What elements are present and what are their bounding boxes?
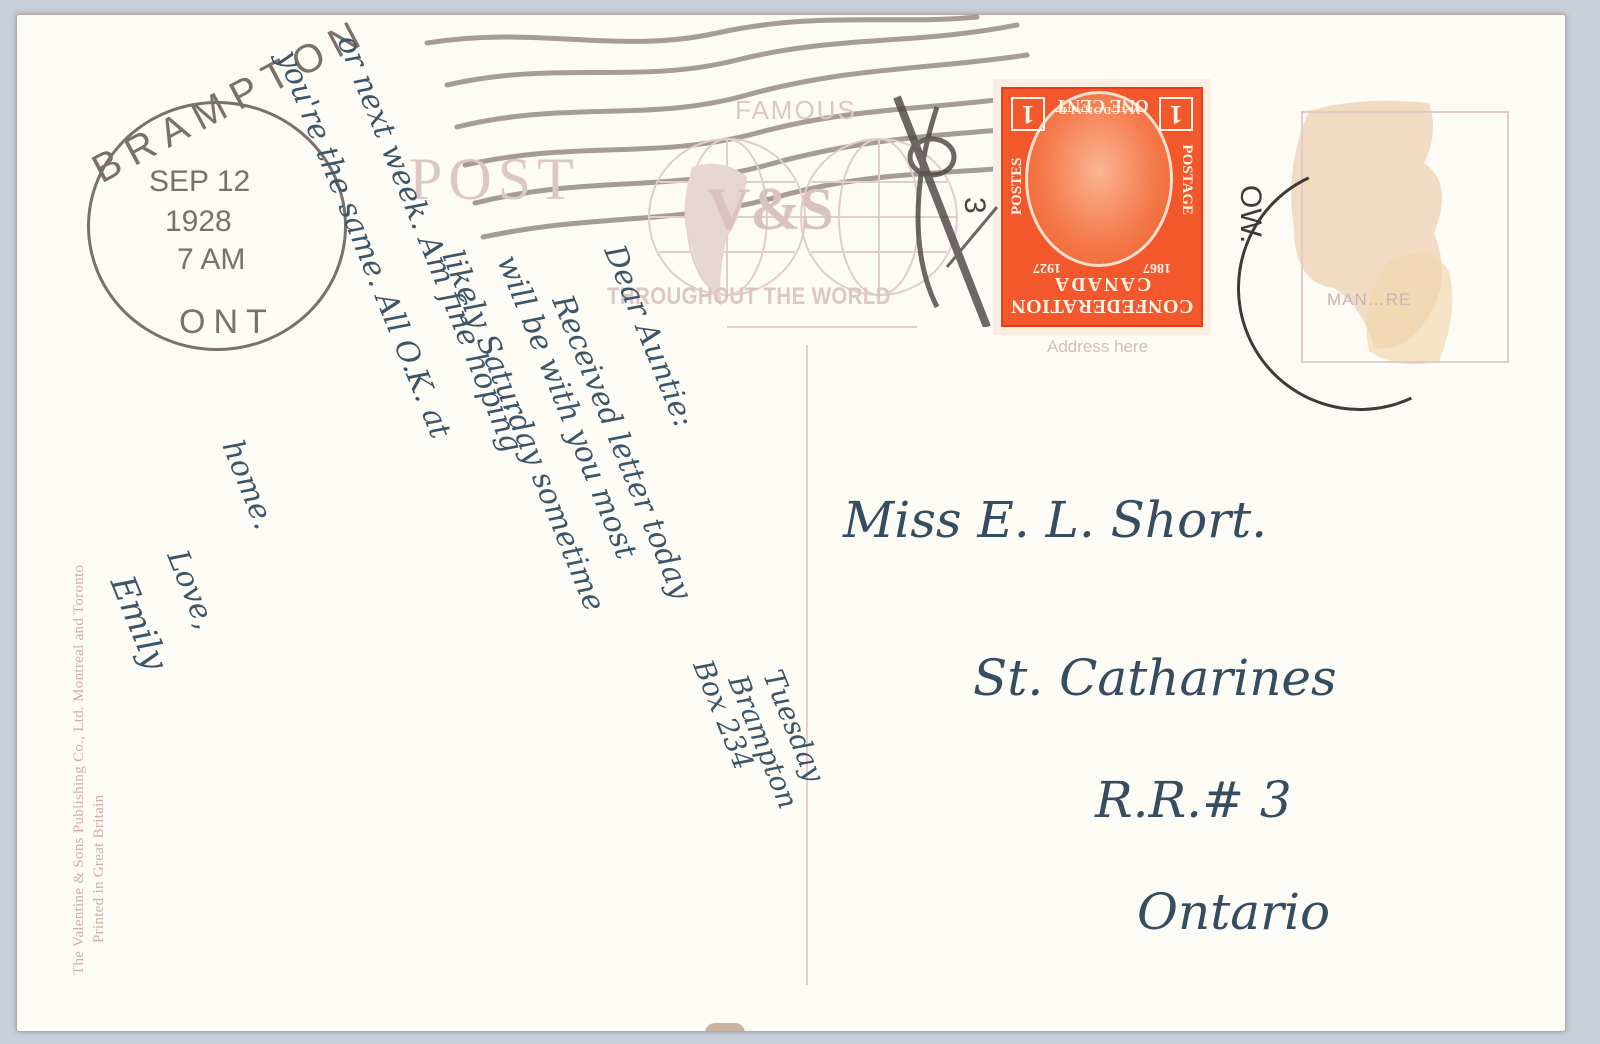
postmark-province: ONT [179,303,275,342]
post-heading: POST [409,145,580,214]
stamp-design: CONFEDERATION CANADA MACDONALD POSTAGE P… [1001,87,1203,327]
address-recipient: Miss E. L. Short. [843,491,1267,549]
message-signature: Emily [102,570,176,676]
stamp-year-right: 1927 [1033,259,1061,275]
postmark-date: SEP 12 [149,165,250,199]
stamp-value-text: ONE CENT [1043,95,1161,116]
macdonald-portrait-icon: MACDONALD [1025,91,1173,267]
address-here-label: Address here [1047,337,1148,357]
stamp-confederation-text: CONFEDERATION [1003,294,1201,317]
stamp-postage-text: POSTAGE [1178,144,1195,215]
cancel-mark-stamp: 3 [877,87,1027,327]
address-city: St. Catharines [973,649,1337,707]
publisher-line: The Valentine & Sons Publishing Co., Ltd… [69,565,89,975]
famous-text: FAMOUS [735,95,857,126]
edge-wear [705,1023,745,1032]
message-line-6: home. [215,435,282,534]
message-line-7: Love, [160,545,223,634]
address-province: Ontario [1137,883,1330,941]
center-divider [806,345,808,985]
postcard-back: POST FAMOUS V&S THROUGHOUT THE WORLD The… [16,14,1566,1032]
svg-text:3: 3 [958,197,991,214]
printed-in-line: Printed in Great Britain [89,565,109,975]
address-route: R.R.# 3 [1095,771,1292,829]
stamp-year-left: 1867 [1143,259,1171,275]
vs-logo-text: V&S [707,175,834,244]
stamp-country-text: CANADA [1003,272,1201,295]
publisher-imprint: The Valentine & Sons Publishing Co., Ltd… [69,565,109,975]
stamp-value-numeral-left: 1 [1159,97,1193,131]
postmark-time: 7 AM [177,243,245,277]
postmark-year: 1928 [165,205,232,239]
secondary-postmark-text: OW. [1233,185,1267,243]
